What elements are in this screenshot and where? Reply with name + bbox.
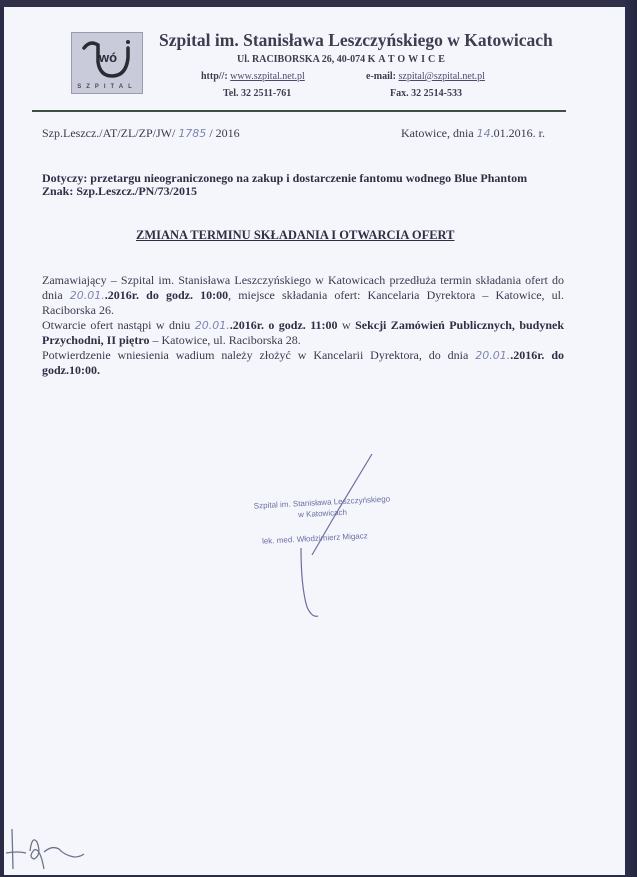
scan-border-top <box>0 0 637 7</box>
scan-border-right <box>623 0 637 877</box>
signatures-icon <box>4 7 625 875</box>
document-page: wó SZPITAL Szpital im. Stanisława Leszcz… <box>4 7 625 875</box>
